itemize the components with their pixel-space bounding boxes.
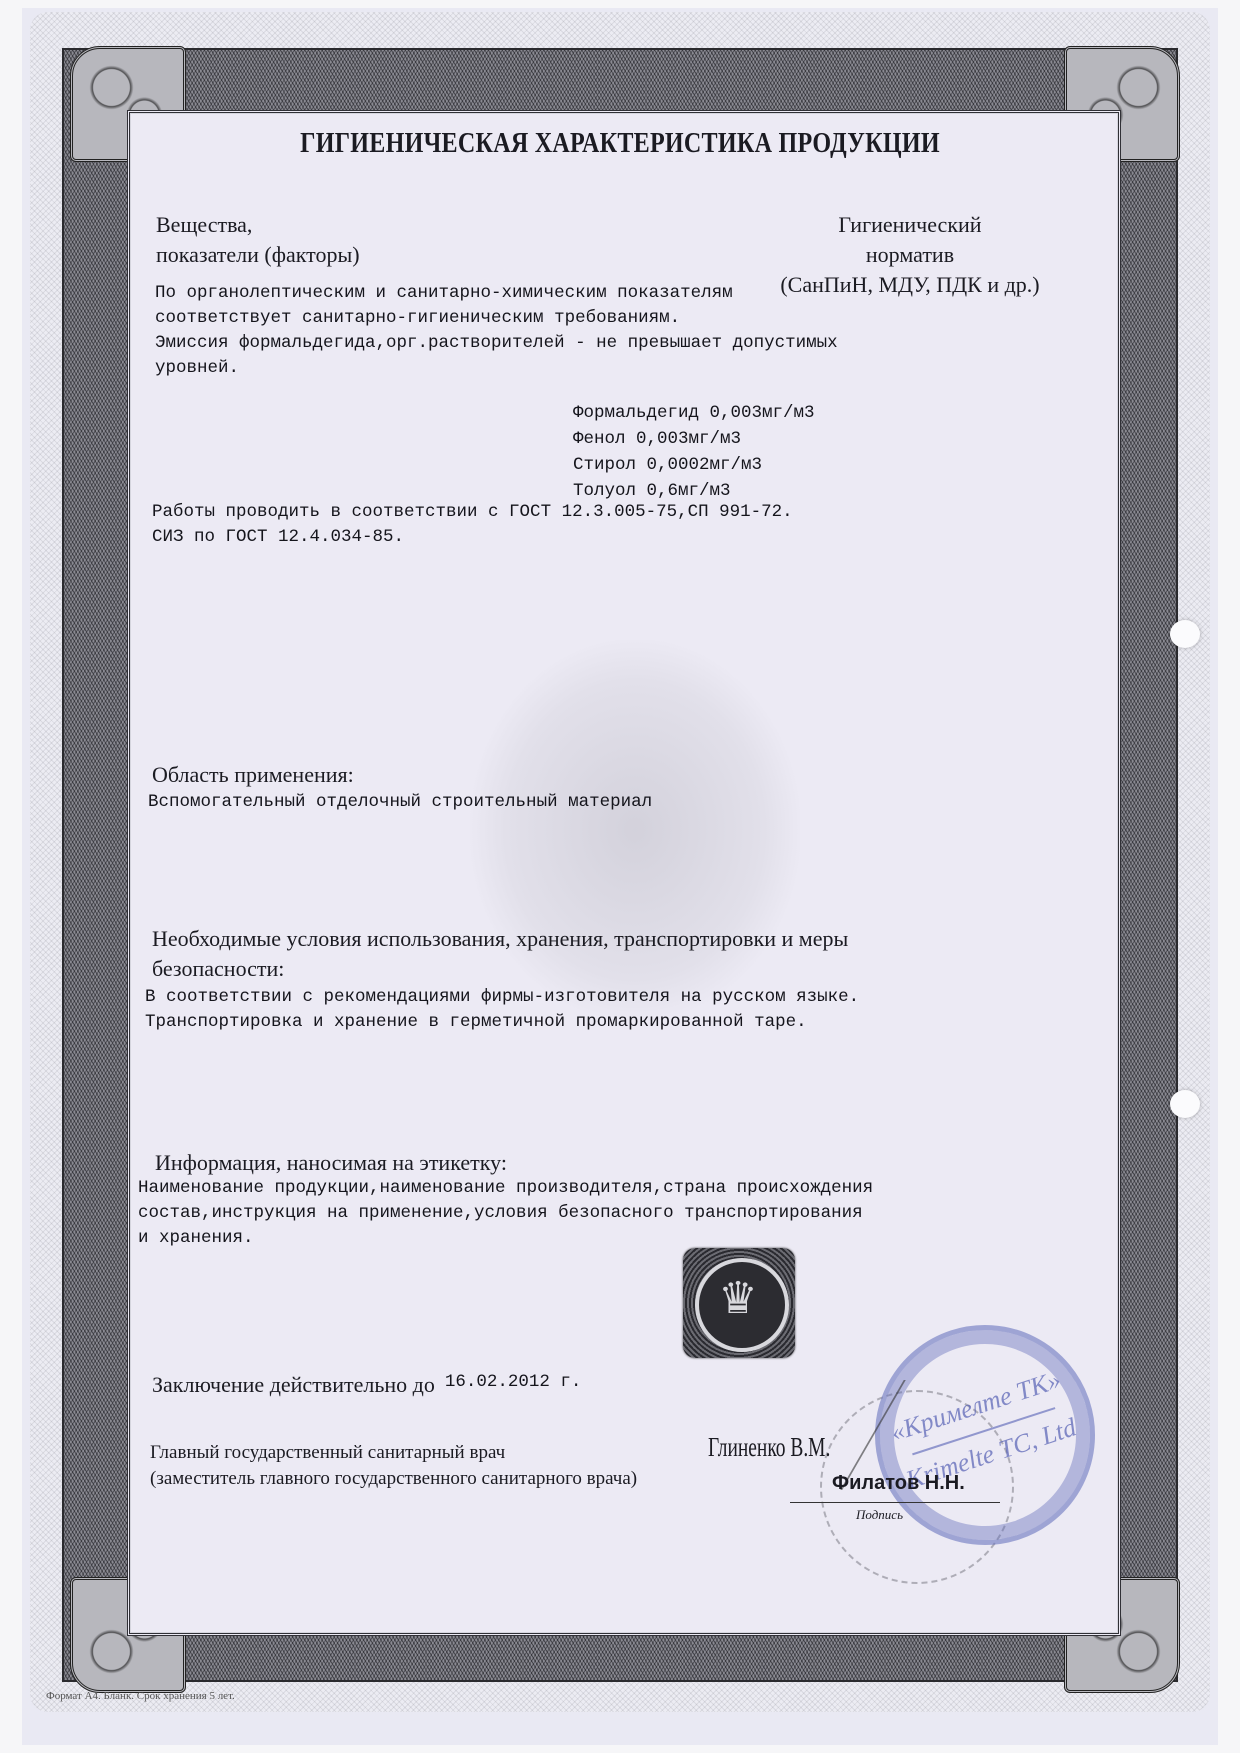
text-line: СИЗ по ГОСТ 12.4.034-85. [152,525,793,550]
signatory-role: Главный государственный санитарный врач … [150,1440,637,1492]
validity-label: Заключение действительно до [152,1372,435,1397]
text-line: уровней. [155,356,838,381]
validity-date: 16.02.2012 г. [445,1372,582,1392]
conditions-value: В соответствии с рекомендациями фирмы-из… [145,985,859,1035]
substance-value: 0,003мг/м3 [710,403,815,423]
punch-hole [1170,620,1200,648]
substance-value: 0,003мг/м3 [636,429,741,449]
role-line: Главный государственный санитарный врач [150,1440,637,1466]
substance-row: Формальдегид 0,003мг/м3 [573,400,815,426]
signature-line [790,1502,1000,1503]
substance-name: Формальдегид [573,403,699,423]
label-line: безопасности: [152,954,848,984]
text-line: Транспортировка и хранение в герметичной… [145,1010,859,1035]
text-line: По органолептическим и санитарно-химичес… [155,281,838,306]
substance-value: 0,0002мг/м3 [647,455,763,475]
compliance-text: По органолептическим и санитарно-химичес… [155,281,838,381]
document-title: ГИГИЕНИЧЕСКАЯ ХАРАКТЕРИСТИКА ПРОДУКЦИИ [87,128,1153,160]
text-line: Эмиссия формальдегида,орг.растворителей … [155,331,838,356]
substance-name: Фенол [573,429,626,449]
works-text: Работы проводить в соответствии с ГОСТ 1… [152,500,793,550]
text-line: соответствует санитарно-гигиеническим тр… [155,306,838,331]
validity-line: Заключение действительно до 16.02.2012 г… [152,1370,581,1401]
substances-column-label: Вещества, показатели (факторы) [156,210,360,270]
label-line: Необходимые условия использования, хране… [152,924,848,954]
hologram-eagle-icon: ♛ [683,1248,795,1358]
right-label-line: норматив [740,240,1080,270]
label-info-label: Информация, наносимая на этикетку: [155,1148,507,1178]
substance-name: Стирол [573,455,636,475]
application-label: Область применения: [152,760,354,790]
label-info-value: Наименование продукции,наименование прои… [138,1176,873,1251]
role-line: (заместитель главного государственного с… [150,1466,637,1492]
left-label-line: показатели (факторы) [156,240,360,270]
substance-row: Фенол 0,003мг/м3 [573,426,815,452]
left-label-line: Вещества, [156,210,360,240]
application-value: Вспомогательный отделочный строительный … [148,790,652,815]
substance-row: Стирол 0,0002мг/м3 [573,452,815,478]
conditions-label: Необходимые условия использования, хране… [152,924,848,984]
substance-value: 0,6мг/м3 [647,481,731,501]
signature-caption: Подпись [856,1507,903,1523]
punch-hole [1170,1090,1200,1118]
text-line: В соответствии с рекомендациями фирмы-из… [145,985,859,1010]
substance-name: Толуол [573,481,636,501]
chief-doctor-name: Глиненко В.М. [708,1432,830,1463]
text-line: Работы проводить в соответствии с ГОСТ 1… [152,500,793,525]
form-footer-note: Формат А4. Бланк. Срок хранения 5 лет. [46,1690,235,1702]
substance-list: Формальдегид 0,003мг/м3 Фенол 0,003мг/м3… [573,400,815,504]
text-line: состав,инструкция на применение,условия … [138,1201,873,1226]
right-label-line: Гигиенический [740,210,1080,240]
deputy-doctor-name: Филатов Н.Н. [832,1472,965,1495]
text-line: Наименование продукции,наименование прои… [138,1176,873,1201]
